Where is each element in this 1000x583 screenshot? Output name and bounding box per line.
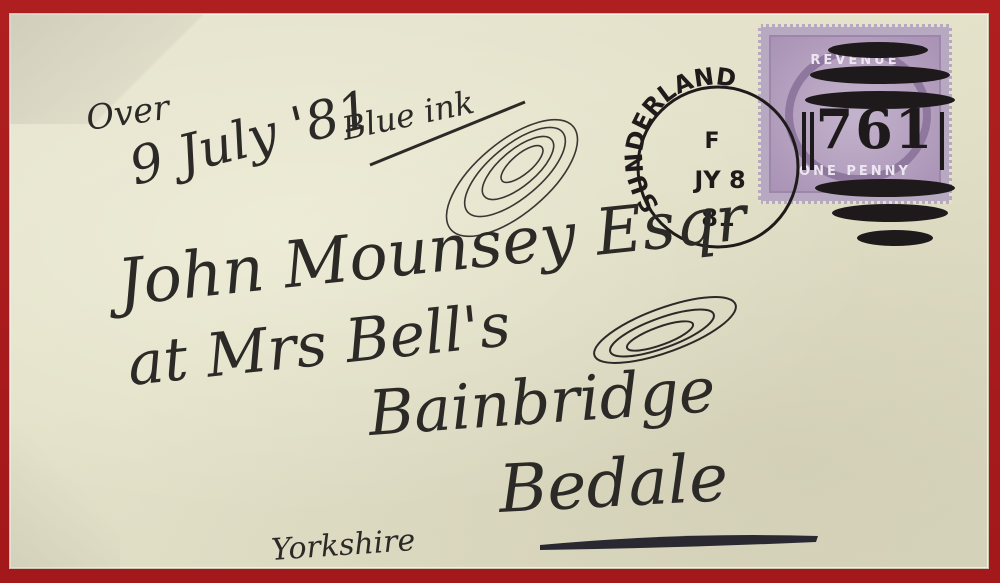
postmark-code: F: [704, 129, 719, 154]
cancel-number: 761: [800, 102, 950, 156]
ink-layer: SUNDERLAND F JY 8 81 Over 9 July '81 Blu…: [0, 0, 1000, 583]
address-line-4: Bedale: [496, 439, 730, 528]
address-line-5: Yorkshire: [270, 523, 416, 568]
underline-stroke: [540, 535, 818, 550]
